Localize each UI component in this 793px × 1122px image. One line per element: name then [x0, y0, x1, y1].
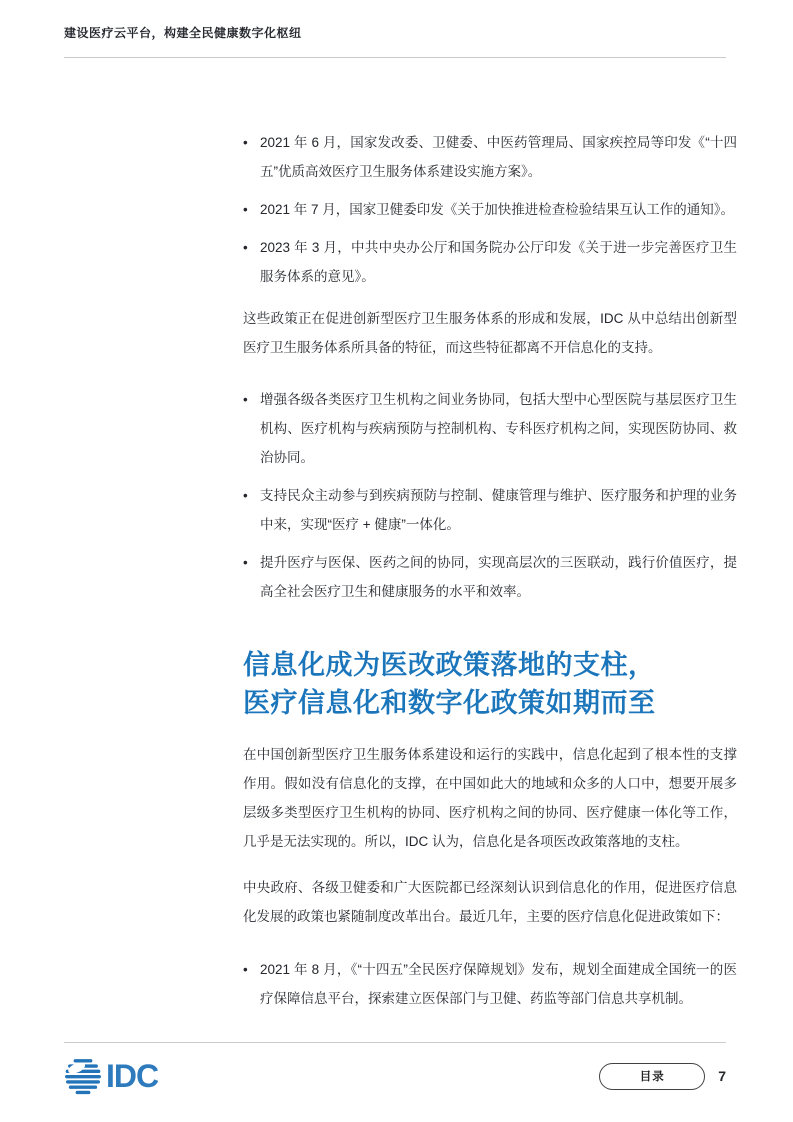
list-item-text: 2021 年 6 月，国家发改委、卫健委、中医药管理局、国家疾控局等印发《“十四… [260, 135, 737, 179]
paragraph: 在中国创新型医疗卫生服务体系建设和运行的实践中，信息化起到了根本性的支撑作用。假… [243, 740, 737, 856]
list-item: • 2021 年 6 月，国家发改委、卫健委、中医药管理局、国家疾控局等印发《“… [243, 128, 737, 186]
bullet-icon: • [243, 955, 248, 984]
footer-right: 目录 7 [599, 1063, 726, 1090]
bullet-icon: • [243, 128, 248, 157]
section-heading: 信息化成为医改政策落地的支柱， 医疗信息化和数字化政策如期而至 [243, 646, 737, 722]
page-header: 建设医疗云平台，构建全民健康数字化枢纽 [0, 0, 793, 58]
list-item-text: 支持民众主动参与到疾病预防与控制、健康管理与维护、医疗服务和护理的业务中来，实现… [260, 488, 737, 532]
toc-button[interactable]: 目录 [599, 1063, 705, 1090]
bullet-icon: • [243, 548, 248, 577]
list-item-text: 提升医疗与医保、医药之间的协同，实现高层次的三医联动，践行价值医疗，提高全社会医… [260, 555, 737, 599]
list-item-text: 增强各级各类医疗卫生机构之间业务协同，包括大型中心型医院与基层医疗卫生机构、医疗… [260, 392, 737, 465]
policy-bullet-list-2: • 2021 年 8 月，《“十四五”全民医疗保障规划》发布，规划全面建成全国统… [243, 955, 737, 1013]
main-content: • 2021 年 6 月，国家发改委、卫健委、中医药管理局、国家疾控局等印发《“… [243, 128, 737, 1013]
report-page: 建设医疗云平台，构建全民健康数字化枢纽 • 2021 年 6 月，国家发改委、卫… [0, 0, 793, 1122]
paragraph: 这些政策正在促进创新型医疗卫生服务体系的形成和发展，IDC 从中总结出创新型医疗… [243, 304, 737, 362]
idc-logo-text: IDC [106, 1058, 158, 1094]
bullet-icon: • [243, 195, 248, 224]
section-heading-line2: 医疗信息化和数字化政策如期而至 [243, 684, 737, 722]
list-item: • 提升医疗与医保、医药之间的协同，实现高层次的三医联动，践行价值医疗，提高全社… [243, 548, 737, 606]
list-item: • 支持民众主动参与到疾病预防与控制、健康管理与维护、医疗服务和护理的业务中来，… [243, 481, 737, 539]
running-header-title: 建设医疗云平台，构建全民健康数字化枢纽 [64, 24, 726, 41]
page-footer: IDC 目录 7 [64, 1042, 726, 1095]
bullet-icon: • [243, 481, 248, 510]
page-number: 7 [718, 1068, 726, 1084]
footer-row: IDC 目录 7 [64, 1057, 726, 1095]
list-item-text: 2021 年 7 月，国家卫健委印发《关于加快推进检查检验结果互认工作的通知》。 [260, 202, 734, 217]
list-item: • 增强各级各类医疗卫生机构之间业务协同，包括大型中心型医院与基层医疗卫生机构、… [243, 385, 737, 472]
list-item-text: 2023 年 3 月，中共中央办公厅和国务院办公厅印发《关于进一步完善医疗卫生服… [260, 240, 737, 284]
feature-bullet-list: • 增强各级各类医疗卫生机构之间业务协同，包括大型中心型医院与基层医疗卫生机构、… [243, 385, 737, 606]
idc-globe-icon [64, 1057, 102, 1095]
list-item: • 2023 年 3 月，中共中央办公厅和国务院办公厅印发《关于进一步完善医疗卫… [243, 233, 737, 291]
header-divider [64, 57, 726, 58]
idc-logo: IDC [64, 1057, 158, 1095]
section-heading-line1: 信息化成为医改政策落地的支柱， [243, 646, 737, 684]
bullet-icon: • [243, 233, 248, 262]
list-item-text: 2021 年 8 月，《“十四五”全民医疗保障规划》发布，规划全面建成全国统一的… [260, 962, 737, 1006]
paragraph: 中央政府、各级卫健委和广大医院都已经深刻认识到信息化的作用，促进医疗信息化发展的… [243, 873, 737, 931]
bullet-icon: • [243, 385, 248, 414]
policy-bullet-list-1: • 2021 年 6 月，国家发改委、卫健委、中医药管理局、国家疾控局等印发《“… [243, 128, 737, 291]
list-item: • 2021 年 8 月，《“十四五”全民医疗保障规划》发布，规划全面建成全国统… [243, 955, 737, 1013]
list-item: • 2021 年 7 月，国家卫健委印发《关于加快推进检查检验结果互认工作的通知… [243, 195, 737, 224]
footer-divider [64, 1042, 726, 1043]
